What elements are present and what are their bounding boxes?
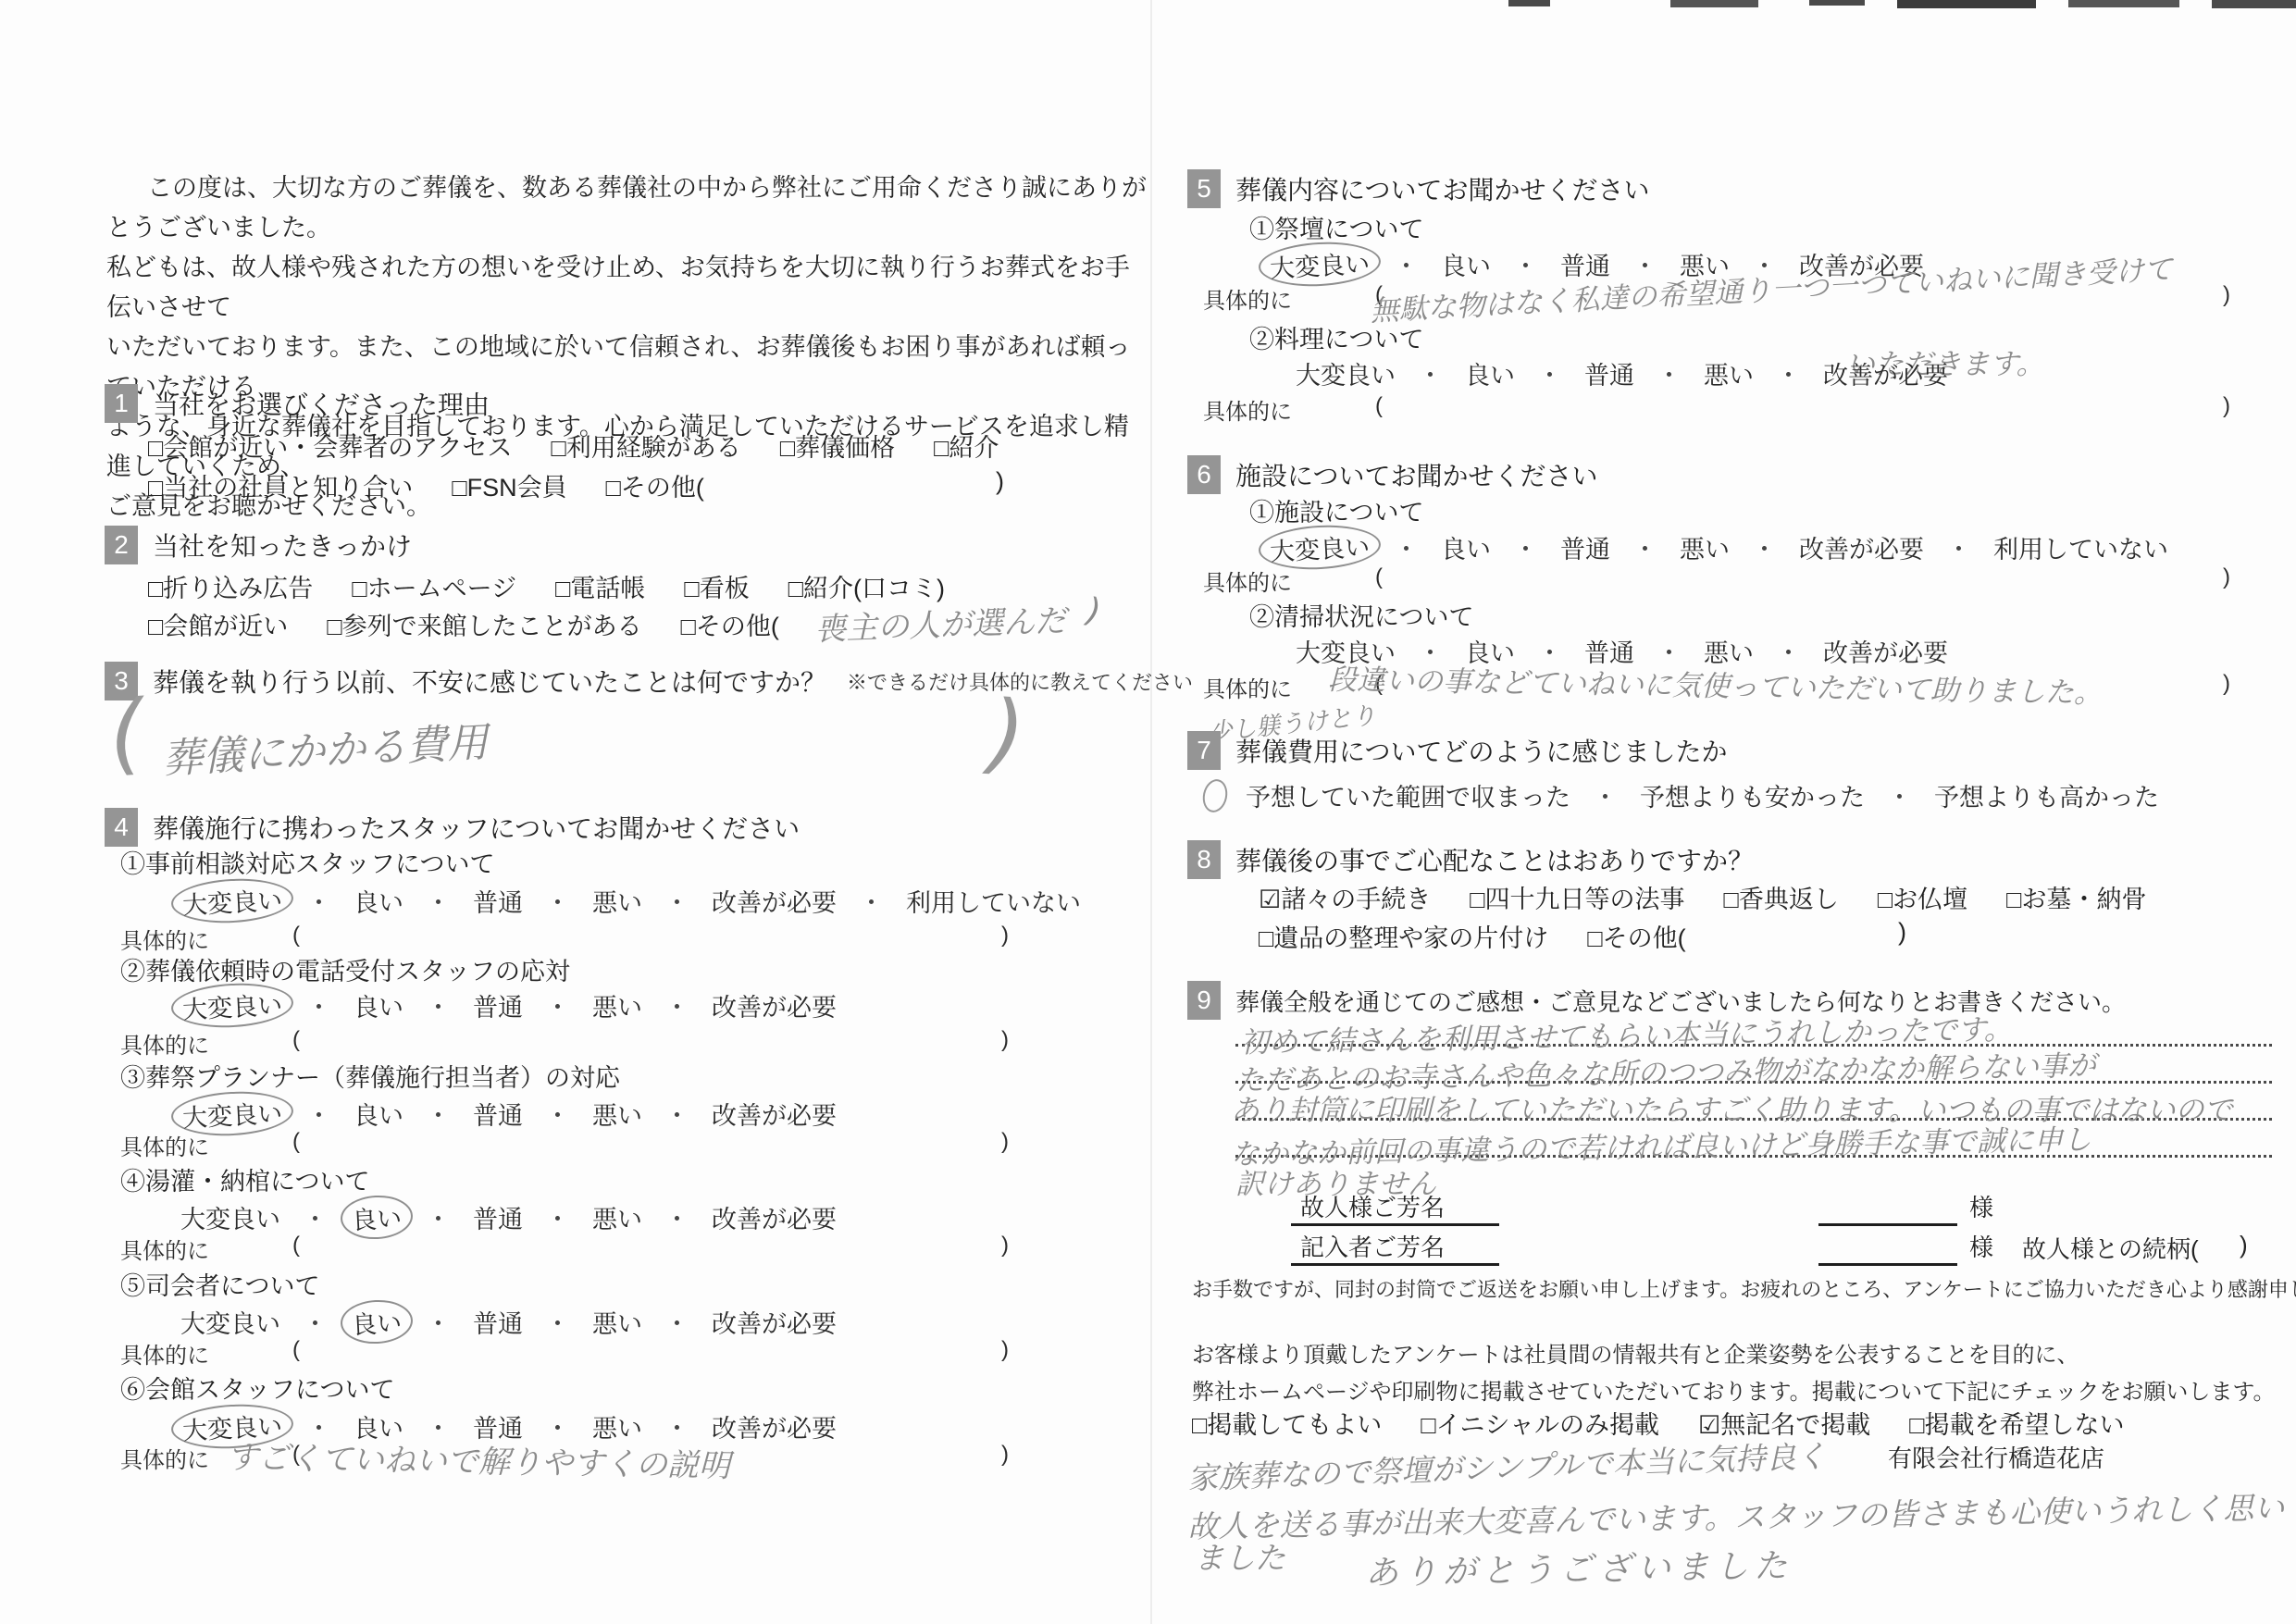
intro-line: この度は、大切な方のご葬儀を、数ある葬儀社の中から弊社にご用命くださり誠にありが…	[106, 168, 1148, 248]
detail-label: 具体的に	[120, 923, 209, 955]
checkbox-funeral-price[interactable]: □葬儀価格	[780, 428, 895, 464]
detail-label: 具体的に	[120, 1337, 209, 1370]
rating-option[interactable]: 普通	[464, 1302, 532, 1342]
section-9-number: 9	[1187, 981, 1221, 1020]
rating-option[interactable]: 普通	[464, 1197, 532, 1237]
section-6-number: 6	[1187, 455, 1221, 494]
s4-q2-label: ②葬儀依頼時の電話受付スタッフの応対	[120, 951, 570, 987]
paren-open: (	[292, 923, 300, 955]
rating-option[interactable]: 大変良い	[171, 1197, 290, 1237]
s5-q2-rating-row: 大変良い ・ 良い ・ 普通 ・ 悪い ・ 改善が必要	[1286, 353, 1957, 393]
rating-option[interactable]: 良い	[1432, 244, 1500, 284]
paren-close: )	[2223, 393, 2230, 426]
checkbox-49day-memorial[interactable]: □四十九日等の法事	[1470, 879, 1684, 915]
dot-separator: ・	[1405, 355, 1456, 391]
rating-option[interactable]: 普通	[464, 1094, 532, 1134]
rating-option[interactable]: 悪い	[583, 1094, 652, 1134]
rating-option-circled[interactable]: 大変良い	[170, 876, 294, 926]
paren-open: (	[292, 1233, 300, 1265]
deceased-name-label: 故人様ご芳名	[1300, 1189, 1445, 1223]
section-8-header: 8 葬儀後の事でご心配なことはおありですか？	[1187, 840, 1754, 879]
paren-open: (	[292, 1027, 300, 1060]
relation-label: 故人様との続柄(	[2022, 1231, 2199, 1265]
s2-options-row1: □折り込み広告 □ホームページ □電話帳 □看板 □紹介(口コミ)	[148, 568, 984, 604]
dot-separator: ・	[1763, 355, 1814, 391]
rating-option[interactable]: 良い	[344, 881, 413, 921]
paren-close: )	[1001, 1337, 1009, 1370]
rating-option[interactable]: 普通	[464, 986, 532, 1025]
s4-q2-detail-row[interactable]: 具体的に ( )	[120, 1027, 1009, 1060]
scanned-survey-page: この度は、大切な方のご葬儀を、数ある葬儀社の中から弊社にご用命くださり誠にありが…	[0, 0, 2296, 1624]
publication-options-row: □掲載してもよい □イニシャルのみ掲載 ☑無記名で掲載 □掲載を希望しない	[1192, 1405, 2164, 1441]
rating-option[interactable]: 改善が必要	[1790, 527, 1933, 567]
checkbox-may-publish[interactable]: □掲載してもよい	[1192, 1405, 1382, 1441]
s5-q1-label: ①祭壇について	[1249, 209, 1423, 245]
intro-line: 私どもは、故人様や残された方の想いを受け止め、お気持ちを大切に執り行うお葬式をお…	[106, 248, 1148, 328]
scan-smudge	[1670, 0, 1758, 7]
handwritten-bottom-line2: 故人を送る事が出来大変喜んでいます。スタッフの皆さまも心使いうれしく思い	[1187, 1484, 2285, 1547]
dot-separator: ・	[846, 883, 897, 919]
detail-label: 具体的に	[1203, 564, 1292, 597]
paren-close: )	[1001, 1233, 1009, 1265]
section-2-header: 2 当社を知ったきっかけ	[105, 526, 412, 564]
checkbox-various-procedures-checked[interactable]: ☑諸々の手続き	[1259, 879, 1431, 915]
scan-smudge	[1508, 0, 1550, 6]
checkbox-homepage[interactable]: □ホームページ	[352, 568, 516, 604]
rating-option[interactable]: 改善が必要	[702, 1302, 846, 1342]
dot-separator: ・	[652, 1096, 702, 1132]
company-name: 有限会社行橋造花店	[1888, 1440, 2104, 1474]
section-8-title: 葬儀後の事でご心配なことはおありですか？	[1235, 841, 1754, 878]
checkbox-buddhist-altar[interactable]: □お仏壇	[1878, 879, 1967, 915]
publication-purpose-line1: お客様より頂戴したアンケートは社員間の情報共有と企業姿勢を公表することを目的に、	[1192, 1336, 2079, 1369]
dot-separator: ・	[1620, 529, 1670, 565]
deceased-name-field[interactable]	[1818, 1223, 1957, 1226]
detail-label: 具体的に	[1203, 671, 1292, 703]
handwritten-bottom-line1: 家族葬なので祭壇がシンプルで本当に気持良く	[1186, 1432, 1827, 1498]
s4-q6-label: ⑥会館スタッフについて	[120, 1370, 394, 1406]
rating-option-circled[interactable]: 大変良い	[170, 981, 294, 1031]
section-5-number: 5	[1187, 169, 1221, 208]
dot-separator: ・	[1524, 355, 1575, 391]
dot-separator: ・	[1381, 529, 1432, 565]
s4-q1-rating-row: 大変良い ・ 良い ・ 普通 ・ 悪い ・ 改善が必要 ・ 利用していない	[171, 879, 1090, 923]
checkbox-fsn-member[interactable]: □FSN会員	[452, 467, 566, 503]
rating-option[interactable]: 改善が必要	[1814, 353, 1957, 393]
checkbox-return-gifts[interactable]: □香典返し	[1724, 879, 1839, 915]
rating-option[interactable]: 悪い	[1670, 527, 1739, 567]
sama-suffix: 様	[1969, 1189, 1993, 1223]
s5-q2-detail-row[interactable]: 具体的に ( )	[1203, 393, 2230, 426]
publication-purpose-line2: 弊社ホームページや印刷物に掲載させていただいております。掲載について下記にチェッ…	[1192, 1373, 2275, 1406]
rating-option-within-expectation[interactable]: 予想していた範囲で収まった	[1236, 775, 1580, 815]
s4-q2-rating-row: 大変良い ・ 良い ・ 普通 ・ 悪い ・ 改善が必要	[171, 984, 846, 1027]
checkbox-initials-only[interactable]: □イニシャルのみ掲載	[1421, 1405, 1659, 1441]
paren-open: (	[292, 1337, 300, 1370]
dot-separator: ・	[1500, 529, 1551, 565]
dot-separator: ・	[1739, 529, 1790, 565]
dot-separator: ・	[652, 1304, 702, 1340]
paren-close: )	[1001, 1129, 1009, 1161]
handwritten-s4-q6-detail: すごくていねいで解りやすくの説明	[227, 1432, 731, 1485]
rating-option[interactable]: 普通	[1551, 527, 1620, 567]
dot-separator: ・	[1644, 355, 1694, 391]
handwritten-bracket-open: (	[105, 682, 147, 786]
checkbox-referral[interactable]: □紹介	[934, 428, 999, 464]
checkbox-belongings-cleanup[interactable]: □遺品の整理や家の片付け	[1259, 918, 1548, 954]
s4-q3-label: ③葬祭プランナー（葬儀施行担当者）の対応	[120, 1058, 620, 1094]
rating-option[interactable]: 良い	[344, 1094, 413, 1134]
handwritten-paren-close: )	[1085, 591, 1103, 631]
rating-option[interactable]: 改善が必要	[702, 1094, 846, 1134]
section-2-title: 当社を知ったきっかけ	[153, 527, 412, 564]
section-6-header: 6 施設についてお聞かせください	[1187, 455, 1597, 494]
rating-option[interactable]: 普通	[1575, 353, 1644, 393]
section-3-header: 3 葬儀を執り行う以前、不安に感じていたことは何ですか？ ※できるだけ具体的に教…	[105, 662, 1193, 700]
sama-suffix: 様	[1969, 1229, 1993, 1263]
section-1-number: 1	[105, 384, 138, 423]
checkbox-no-publish[interactable]: □掲載を希望しない	[1909, 1405, 2124, 1441]
rating-option[interactable]: 良い	[1432, 527, 1500, 567]
section-2-number: 2	[105, 526, 138, 564]
paren-close: )	[1001, 1442, 1009, 1474]
dot-separator: ・	[413, 1304, 464, 1340]
checkbox-signboard[interactable]: □看板	[684, 568, 749, 604]
paren-close: )	[1001, 1027, 1009, 1060]
writer-name-field[interactable]	[1818, 1263, 1957, 1266]
rating-option[interactable]: 大変良い	[1286, 353, 1405, 393]
paren-close: )	[2223, 282, 2230, 315]
return-envelope-note: お手数ですが、同封の封筒でご返送をお願い申し上げます。お疲れのところ、アンケート…	[1192, 1274, 2296, 1303]
checkbox-phonebook[interactable]: □電話帳	[555, 568, 645, 604]
dot-separator: ・	[413, 1096, 464, 1132]
handwritten-other-reason: 喪主の人が選んだ	[813, 595, 1067, 649]
dot-separator: ・	[1381, 246, 1432, 282]
dot-separator: ・	[293, 987, 344, 1023]
section-4-header: 4 葬儀施行に携わったスタッフについてお聞かせください	[105, 808, 800, 847]
s6-q1-detail-row[interactable]: 具体的に ( )	[1203, 564, 2230, 597]
detail-label: 具体的に	[120, 1233, 209, 1265]
dot-separator: ・	[293, 1096, 344, 1132]
handwritten-circle-mark	[1200, 776, 1231, 814]
section-4-number: 4	[105, 808, 138, 847]
checkbox-hall-near[interactable]: □会館が近い	[148, 606, 288, 642]
section-7-title: 葬儀費用についてどのように感じましたか	[1235, 732, 1727, 769]
section-8-number: 8	[1187, 840, 1221, 879]
paren-close: )	[1001, 923, 1009, 955]
dot-separator: ・	[532, 883, 583, 919]
s8-options-row1: ☑諸々の手続き □四十九日等の法事 □香典返し □お仏壇 □お墓・納骨	[1259, 879, 2185, 915]
paren-close: )	[2223, 564, 2230, 597]
section-7-number: 7	[1187, 731, 1221, 770]
rating-option[interactable]: 悪い	[1694, 353, 1763, 393]
section-4-title: 葬儀施行に携わったスタッフについてお聞かせください	[153, 809, 800, 846]
detail-label: 具体的に	[120, 1442, 209, 1474]
dot-separator: ・	[652, 1199, 702, 1235]
rating-option[interactable]: 利用していない	[1984, 527, 2178, 567]
dot-separator: ・	[532, 1304, 583, 1340]
deceased-name-underline[interactable]	[1291, 1223, 1499, 1226]
dot-separator: ・	[532, 1199, 583, 1235]
checkbox-visited-attend[interactable]: □参列で来館したことがある	[327, 606, 641, 642]
rating-option[interactable]: 普通	[464, 881, 532, 921]
rating-option[interactable]: 良い	[1456, 353, 1524, 393]
paren-open: (	[1375, 564, 1383, 597]
s4-q5-label: ⑤司会者について	[120, 1266, 319, 1302]
s4-q4-detail-row[interactable]: 具体的に ( )	[120, 1233, 1009, 1265]
s4-q1-detail-row[interactable]: 具体的に ( )	[120, 923, 1009, 955]
page-fold-line	[1150, 0, 1152, 1624]
checkbox-hall-access[interactable]: □会館が近い・会葬者のアクセス	[148, 428, 513, 464]
rating-option-cheaper[interactable]: 予想よりも安かった	[1631, 775, 1874, 815]
s4-q5-detail-row[interactable]: 具体的に ( )	[120, 1337, 1009, 1370]
dot-separator: ・	[532, 1096, 583, 1132]
section-5-header: 5 葬儀内容についてお聞かせください	[1187, 169, 1649, 208]
other-write-in[interactable]	[1725, 918, 1898, 954]
scan-smudge	[2068, 0, 2179, 7]
dot-separator: ・	[532, 987, 583, 1023]
writer-name-underline[interactable]	[1291, 1263, 1499, 1266]
section-3-title: 葬儀を執り行う以前、不安に感じていたことは何ですか？	[153, 663, 826, 700]
s8-options-row2: □遺品の整理や家の片付け □その他( )	[1259, 918, 1906, 954]
checkbox-other[interactable]: □その他(	[1587, 918, 1685, 954]
s5-q2-label: ②料理について	[1249, 319, 1423, 355]
rating-option[interactable]: 利用していない	[897, 881, 1090, 921]
detail-label: 具体的に	[1203, 282, 1292, 315]
scan-smudge	[1897, 0, 2036, 8]
checkbox-other[interactable]: □その他(	[681, 606, 779, 642]
rating-option-more-expensive[interactable]: 予想よりも高かった	[1925, 775, 2168, 815]
paren-close: )	[1898, 918, 1906, 954]
paren-open: (	[292, 1129, 300, 1161]
checkbox-used-before[interactable]: □利用経験がある	[552, 428, 741, 464]
dot-separator: ・	[1580, 777, 1631, 813]
s1-options-row1: □会館が近い・会葬者のアクセス □利用経験がある □葬儀価格 □紹介	[148, 428, 1037, 464]
section-5-title: 葬儀内容についてお聞かせください	[1235, 170, 1649, 207]
handwritten-bottom-line3: ました	[1194, 1534, 1285, 1578]
s4-q1-label: ①事前相談対応スタッフについて	[120, 844, 494, 880]
dot-separator: ・	[413, 1199, 464, 1235]
rating-option[interactable]: 改善が必要	[702, 1197, 846, 1237]
dot-separator: ・	[290, 1199, 341, 1235]
dot-separator: ・	[652, 987, 702, 1023]
checkbox-other[interactable]: □その他(	[606, 467, 704, 503]
detail-label: 具体的に	[1203, 393, 1292, 426]
s4-q3-detail-row[interactable]: 具体的に ( )	[120, 1129, 1009, 1161]
rating-option[interactable]: 改善が必要	[702, 881, 846, 921]
s1-options-row2: □当社の社員と知り合い □FSN会員 □その他( )	[148, 467, 1004, 503]
scan-smudge	[2212, 0, 2296, 8]
section-1-title: 当社をお選びくださった理由	[153, 385, 490, 422]
rating-option[interactable]: 悪い	[583, 1197, 652, 1237]
handwritten-bracket-close: )	[987, 682, 1028, 786]
s6-q1-label: ①施設について	[1249, 492, 1423, 528]
paren-open: (	[1375, 393, 1383, 426]
dot-separator: ・	[1500, 246, 1551, 282]
paren-close: )	[2240, 1231, 2248, 1259]
checkbox-grave-ossuary[interactable]: □お墓・納骨	[2006, 879, 2146, 915]
paren-close: )	[2223, 671, 2230, 703]
s6-q2-label: ②清掃状況について	[1249, 597, 1473, 633]
rating-option[interactable]: 悪い	[583, 881, 652, 921]
detail-label: 具体的に	[120, 1027, 209, 1060]
dot-separator: ・	[293, 883, 344, 919]
rating-option[interactable]: 改善が必要	[702, 986, 846, 1025]
s4-q4-label: ④湯灌・納棺について	[120, 1161, 369, 1197]
rating-option[interactable]: 悪い	[583, 986, 652, 1025]
s2-options-row2: □会館が近い □参列で来館したことがある □その他(	[148, 606, 818, 642]
rating-option[interactable]: 良い	[344, 986, 413, 1025]
checkbox-know-staff[interactable]: □当社の社員と知り合い	[148, 467, 413, 503]
other-write-in[interactable]	[743, 467, 996, 503]
dot-separator: ・	[1874, 777, 1925, 813]
paren-close: )	[996, 467, 1004, 503]
checkbox-word-of-mouth[interactable]: □紹介(口コミ)	[788, 568, 945, 604]
detail-label: 具体的に	[120, 1129, 209, 1161]
dot-separator: ・	[290, 1304, 341, 1340]
s7-rating-row: 予想していた範囲で収まった ・ 予想よりも安かった ・ 予想よりも高かった	[1203, 775, 2168, 815]
handwritten-s3-answer: 葬儀にかかる費用	[161, 709, 490, 785]
writer-name-label: 記入者ご芳名	[1300, 1229, 1445, 1263]
section-6-title: 施設についてお聞かせください	[1235, 456, 1597, 493]
scan-smudge	[1809, 0, 1865, 6]
dot-separator: ・	[413, 987, 464, 1023]
dot-separator: ・	[652, 883, 702, 919]
rating-option[interactable]: 大変良い	[171, 1302, 290, 1342]
s6-q1-rating-row: 大変良い ・ 良い ・ 普通 ・ 悪い ・ 改善が必要 ・ 利用していない	[1259, 526, 2178, 569]
dot-separator: ・	[413, 883, 464, 919]
section-1-header: 1 当社をお選びくださった理由	[105, 384, 490, 423]
handwritten-thank-you: ありがとうございました	[1365, 1540, 1793, 1594]
section-7-header: 7 葬儀費用についてどのように感じましたか	[1187, 731, 1727, 770]
checkbox-flyer[interactable]: □折り込み広告	[148, 568, 313, 604]
dot-separator: ・	[1933, 529, 1984, 565]
rating-option[interactable]: 悪い	[583, 1302, 652, 1342]
